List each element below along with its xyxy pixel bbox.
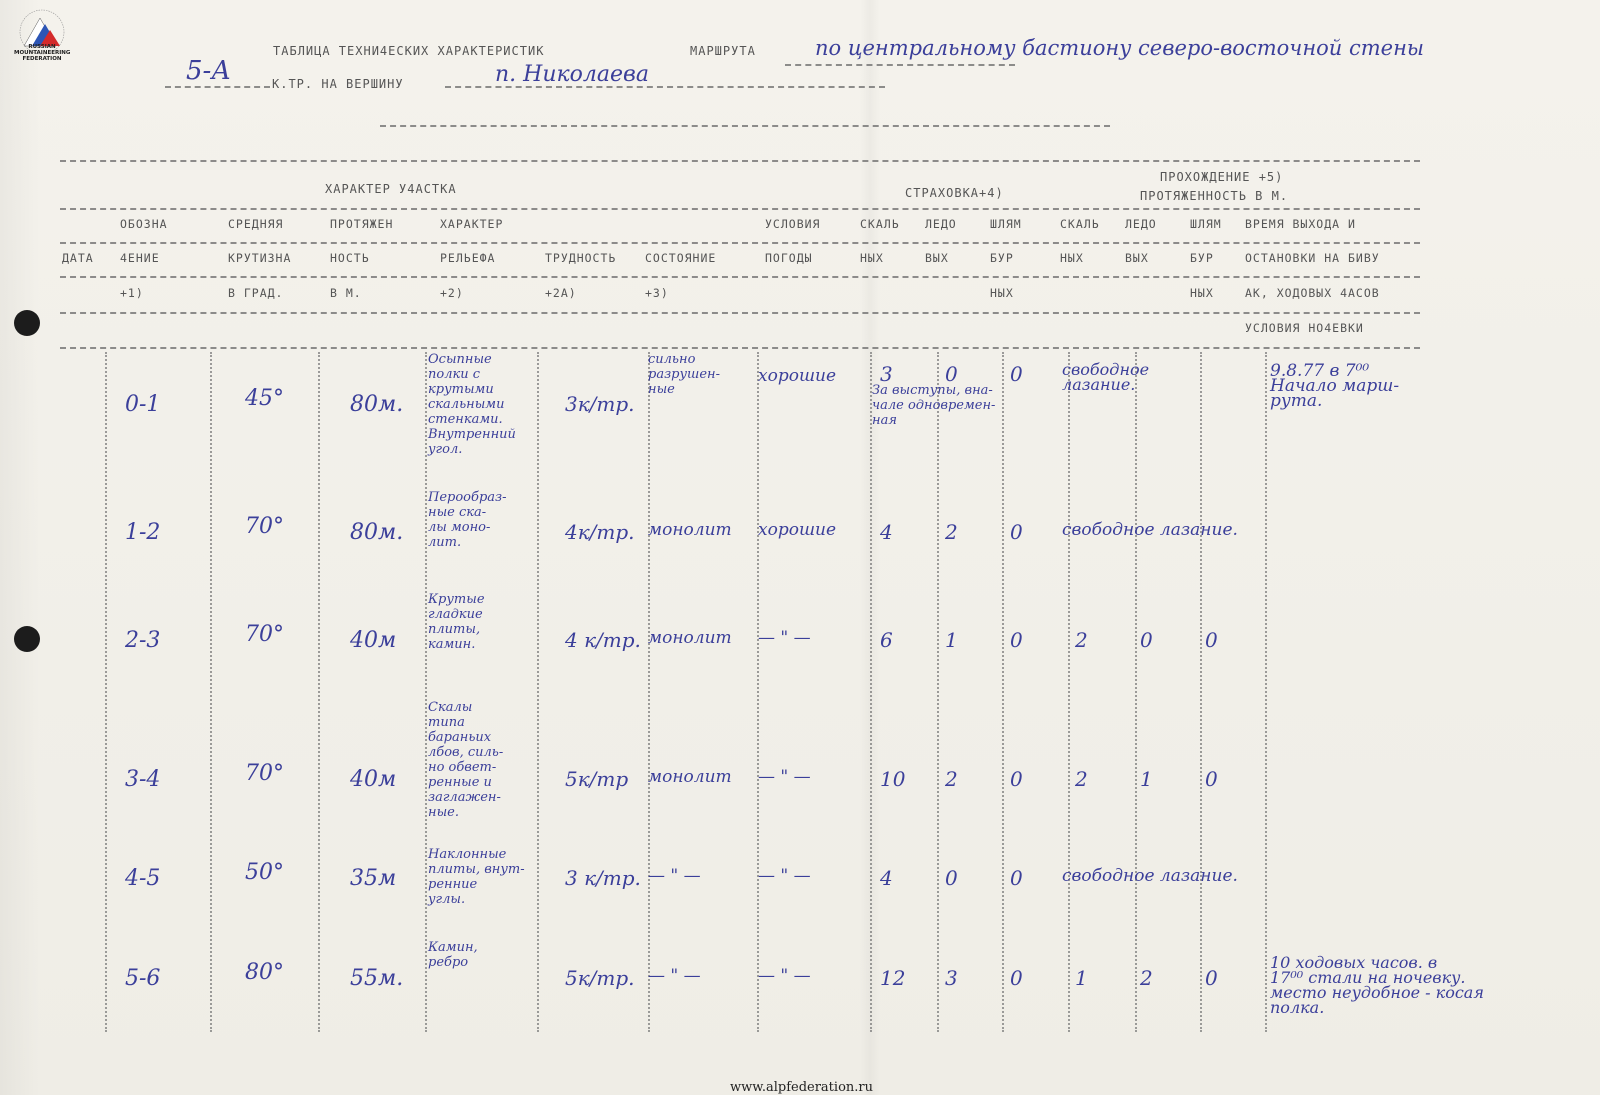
column-header-designation: 4ЕНИЕ xyxy=(120,251,160,265)
cell-belay-ice: 0 xyxy=(945,866,958,890)
column-header-date: ДАТА xyxy=(62,251,94,265)
route-label: МАРШРУТА xyxy=(690,44,756,58)
footer-url[interactable]: www.alpfederation.ru xyxy=(730,1080,873,1095)
cell-difficulty: 3 к/тр. xyxy=(565,866,641,890)
cell-belay-bolt: 0 xyxy=(1010,966,1023,990)
dash-line xyxy=(380,125,1110,127)
table-rule xyxy=(60,276,1420,278)
group-header-passage: ПРОХОЖДЕНИЕ +5) xyxy=(1160,170,1283,184)
column-separator xyxy=(425,352,427,1032)
cell-designation: 0-1 xyxy=(125,392,160,417)
cell-steepness: 70° xyxy=(245,761,284,786)
table-rule xyxy=(60,347,1420,349)
column-separator xyxy=(105,352,107,1032)
cell-pass-bolt: 0 xyxy=(1205,767,1218,791)
column-header-notes: АК, ХОДОВЫХ 4АСОВ xyxy=(1245,286,1380,300)
group-header-belay: СТРАХОВКА+4) xyxy=(905,186,1004,200)
cell-length: 80м. xyxy=(350,520,403,545)
column-header-difficulty: ТРУДНОСТЬ xyxy=(545,251,616,265)
cell-belay-ice: 3 xyxy=(945,966,958,990)
cell-weather: хорошие xyxy=(758,520,836,540)
column-header-pass_bolt: БУР xyxy=(1190,251,1214,265)
column-header-belay_ice: ЛЕДО xyxy=(925,217,957,231)
column-separator xyxy=(1135,352,1137,1032)
cell-notes: 10 ходовых часов. в 17⁰⁰ стали на ночевк… xyxy=(1270,955,1484,1015)
cell-length: 40м xyxy=(350,628,396,653)
cell-steepness: 70° xyxy=(245,622,284,647)
cell-designation: 5-6 xyxy=(125,966,160,991)
cell-belay-rock: 4 xyxy=(880,520,893,544)
cell-relief: Крутые гладкие плиты, камин. xyxy=(428,592,485,652)
cell-steepness: 70° xyxy=(245,514,284,539)
cell-length: 35м xyxy=(350,866,396,891)
column-separator xyxy=(318,352,320,1032)
column-header-notes: ВРЕМЯ ВЫХОДА И xyxy=(1245,217,1356,231)
cell-belay-rock: 10 xyxy=(880,767,905,791)
table-rule xyxy=(60,208,1420,210)
punch-hole xyxy=(14,626,40,652)
cell-pass-rock: 2 xyxy=(1075,628,1088,652)
cell-relief: Камин, ребро xyxy=(428,940,478,970)
cell-condition: — " — xyxy=(648,866,701,886)
column-header-length: ПРОТЯЖЕН xyxy=(330,217,393,231)
column-header-pass_ice: ВЫХ xyxy=(1125,251,1149,265)
cell-designation: 3-4 xyxy=(125,767,160,792)
cell-steepness: 45° xyxy=(245,386,284,411)
cell-difficulty: 3к/тр. xyxy=(565,392,635,416)
column-header-belay_rock: НЫХ xyxy=(860,251,884,265)
column-header-belay_rock: СКАЛЬ xyxy=(860,217,900,231)
cell-designation: 4-5 xyxy=(125,866,160,891)
cell-difficulty: 5к/тр xyxy=(565,767,628,791)
cell-relief: Скалы типа бараньих лбов, силь- но обвет… xyxy=(428,700,503,820)
column-header-difficulty: +2А) xyxy=(545,286,577,300)
column-separator xyxy=(537,352,539,1032)
cell-length: 55м. xyxy=(350,966,403,991)
cell-belay-rock: 4 xyxy=(880,866,893,890)
cell-difficulty: 4к/тр. xyxy=(565,520,635,544)
column-header-condition: +3) xyxy=(645,286,669,300)
cell-condition: монолит xyxy=(648,767,732,787)
column-separator xyxy=(870,352,872,1032)
column-header-belay_bolt: ШЛЯМ xyxy=(990,217,1022,231)
cell-condition: — " — xyxy=(648,966,701,986)
cell-passage: свободное лазание. xyxy=(1062,520,1238,540)
cell-pass-bolt: 0 xyxy=(1205,966,1218,990)
column-header-belay_ice: ВЫХ xyxy=(925,251,949,265)
column-header-steepness: СРЕДНЯЯ xyxy=(228,217,283,231)
column-header-steepness: КРУТИЗНА xyxy=(228,251,291,265)
column-header-length: НОСТЬ xyxy=(330,251,370,265)
cell-designation: 2-3 xyxy=(125,628,160,653)
cell-belay-bolt: 0 xyxy=(1010,520,1023,544)
cell-weather: хорошие xyxy=(758,366,836,386)
cell-pass-ice: 1 xyxy=(1140,767,1153,791)
cell-weather: — " — xyxy=(758,966,811,986)
cell-steepness: 80° xyxy=(245,960,284,985)
column-header-notes: ОСТАНОВКИ НА БИВУ xyxy=(1245,251,1380,265)
column-header-pass_bolt: ШЛЯМ xyxy=(1190,217,1222,231)
column-header-relief: РЕЛЬЕФА xyxy=(440,251,495,265)
dash-line xyxy=(785,64,1015,66)
column-header-length: В М. xyxy=(330,286,362,300)
cell-notes: 9.8.77 в 7⁰⁰ Начало марш- рута. xyxy=(1270,364,1399,409)
column-header-pass_ice: ЛЕДО xyxy=(1125,217,1157,231)
group-header-section: ХАРАКТЕР У4АСТКА xyxy=(325,182,457,196)
column-header-condition: СОСТОЯНИЕ xyxy=(645,251,716,265)
cell-pass-rock: 2 xyxy=(1075,767,1088,791)
cell-belay-note: За выступы, вна- чале одновремен- ная xyxy=(872,383,995,428)
cell-steepness: 50° xyxy=(245,860,284,885)
column-header-pass_bolt: НЫХ xyxy=(1190,286,1214,300)
cell-passage: свободное лазание. xyxy=(1062,362,1149,392)
column-separator xyxy=(1068,352,1070,1032)
cell-condition: монолит xyxy=(648,520,732,540)
column-header-pass_rock: НЫХ xyxy=(1060,251,1084,265)
cell-relief: Осыпные полки с крутыми скальными стенка… xyxy=(428,352,516,457)
cell-belay-bolt: 0 xyxy=(1010,767,1023,791)
column-separator xyxy=(1265,352,1267,1032)
column-header-designation: ОБОЗНА xyxy=(120,217,168,231)
column-separator xyxy=(1002,352,1004,1032)
group-header-passage-length: ПРОТЯЖЕННОСТЬ В М. xyxy=(1140,189,1288,203)
dash-line xyxy=(165,86,270,88)
category-value: 5-А xyxy=(186,56,231,86)
logo-caption: RUSSIAN MOUNTAINEERING FEDERATION xyxy=(14,44,70,62)
cell-belay-ice: 2 xyxy=(945,520,958,544)
column-separator xyxy=(937,352,939,1032)
cell-belay-rock: 6 xyxy=(880,628,893,652)
punch-hole xyxy=(14,310,40,336)
column-header-relief: +2) xyxy=(440,286,464,300)
document-page xyxy=(0,0,1600,1095)
cell-pass-bolt: 0 xyxy=(1205,628,1218,652)
cell-pass-ice: 2 xyxy=(1140,966,1153,990)
cell-weather: — " — xyxy=(758,628,811,648)
cell-designation: 1-2 xyxy=(125,520,160,545)
cell-difficulty: 5к/тр. xyxy=(565,966,635,990)
column-separator xyxy=(210,352,212,1032)
table-rule xyxy=(60,312,1420,314)
cell-belay-ice: 1 xyxy=(945,628,958,652)
document-title: ТАБЛИЦА ТЕХНИ4ЕСКИХ ХАРАКТЕРИСТИК xyxy=(273,44,544,58)
cell-belay-ice: 2 xyxy=(945,767,958,791)
cell-length: 80м. xyxy=(350,392,403,417)
cell-relief: Наклонные плиты, внут- ренние углы. xyxy=(428,847,525,907)
column-header-weather: УСЛОВИЯ xyxy=(765,217,820,231)
column-header-notes: УСЛОВИЯ НО4ЕВКИ xyxy=(1245,321,1364,335)
column-separator xyxy=(648,352,650,1032)
cell-condition: сильно разрушен- ные xyxy=(648,352,720,397)
cell-pass-ice: 0 xyxy=(1140,628,1153,652)
cell-pass-rock: 1 xyxy=(1075,966,1088,990)
cell-belay-bolt: 0 xyxy=(1010,628,1023,652)
cell-relief: Перообраз- ные ска- лы моно- лит. xyxy=(428,490,507,550)
column-separator xyxy=(757,352,759,1032)
category-label: К.ТР. НА ВЕРШИНУ xyxy=(272,77,404,91)
column-separator xyxy=(1200,352,1202,1032)
cell-belay-rock: 12 xyxy=(880,966,905,990)
column-header-weather: ПОГОДЫ xyxy=(765,251,813,265)
column-header-belay_bolt: НЫХ xyxy=(990,286,1014,300)
cell-belay-bolt: 0 xyxy=(1010,362,1023,386)
cell-weather: — " — xyxy=(758,866,811,886)
column-header-designation: +1) xyxy=(120,286,144,300)
logo-line: FEDERATION xyxy=(14,56,70,62)
column-header-steepness: В ГРАД. xyxy=(228,286,283,300)
column-header-belay_bolt: БУР xyxy=(990,251,1014,265)
table-rule xyxy=(60,160,1420,162)
cell-difficulty: 4 к/тр. xyxy=(565,628,641,652)
cell-belay-bolt: 0 xyxy=(1010,866,1023,890)
route-value: по центральному бастиону северо-восточно… xyxy=(815,36,1424,60)
cell-condition: монолит xyxy=(648,628,732,648)
dash-line xyxy=(445,86,885,88)
table-rule xyxy=(60,242,1420,244)
column-header-pass_rock: СКАЛЬ xyxy=(1060,217,1100,231)
cell-weather: — " — xyxy=(758,767,811,787)
column-header-relief: ХАРАКТЕР xyxy=(440,217,503,231)
peak-value: п. Николаева xyxy=(495,62,649,87)
cell-passage: свободное лазание. xyxy=(1062,866,1238,886)
cell-length: 40м xyxy=(350,767,396,792)
